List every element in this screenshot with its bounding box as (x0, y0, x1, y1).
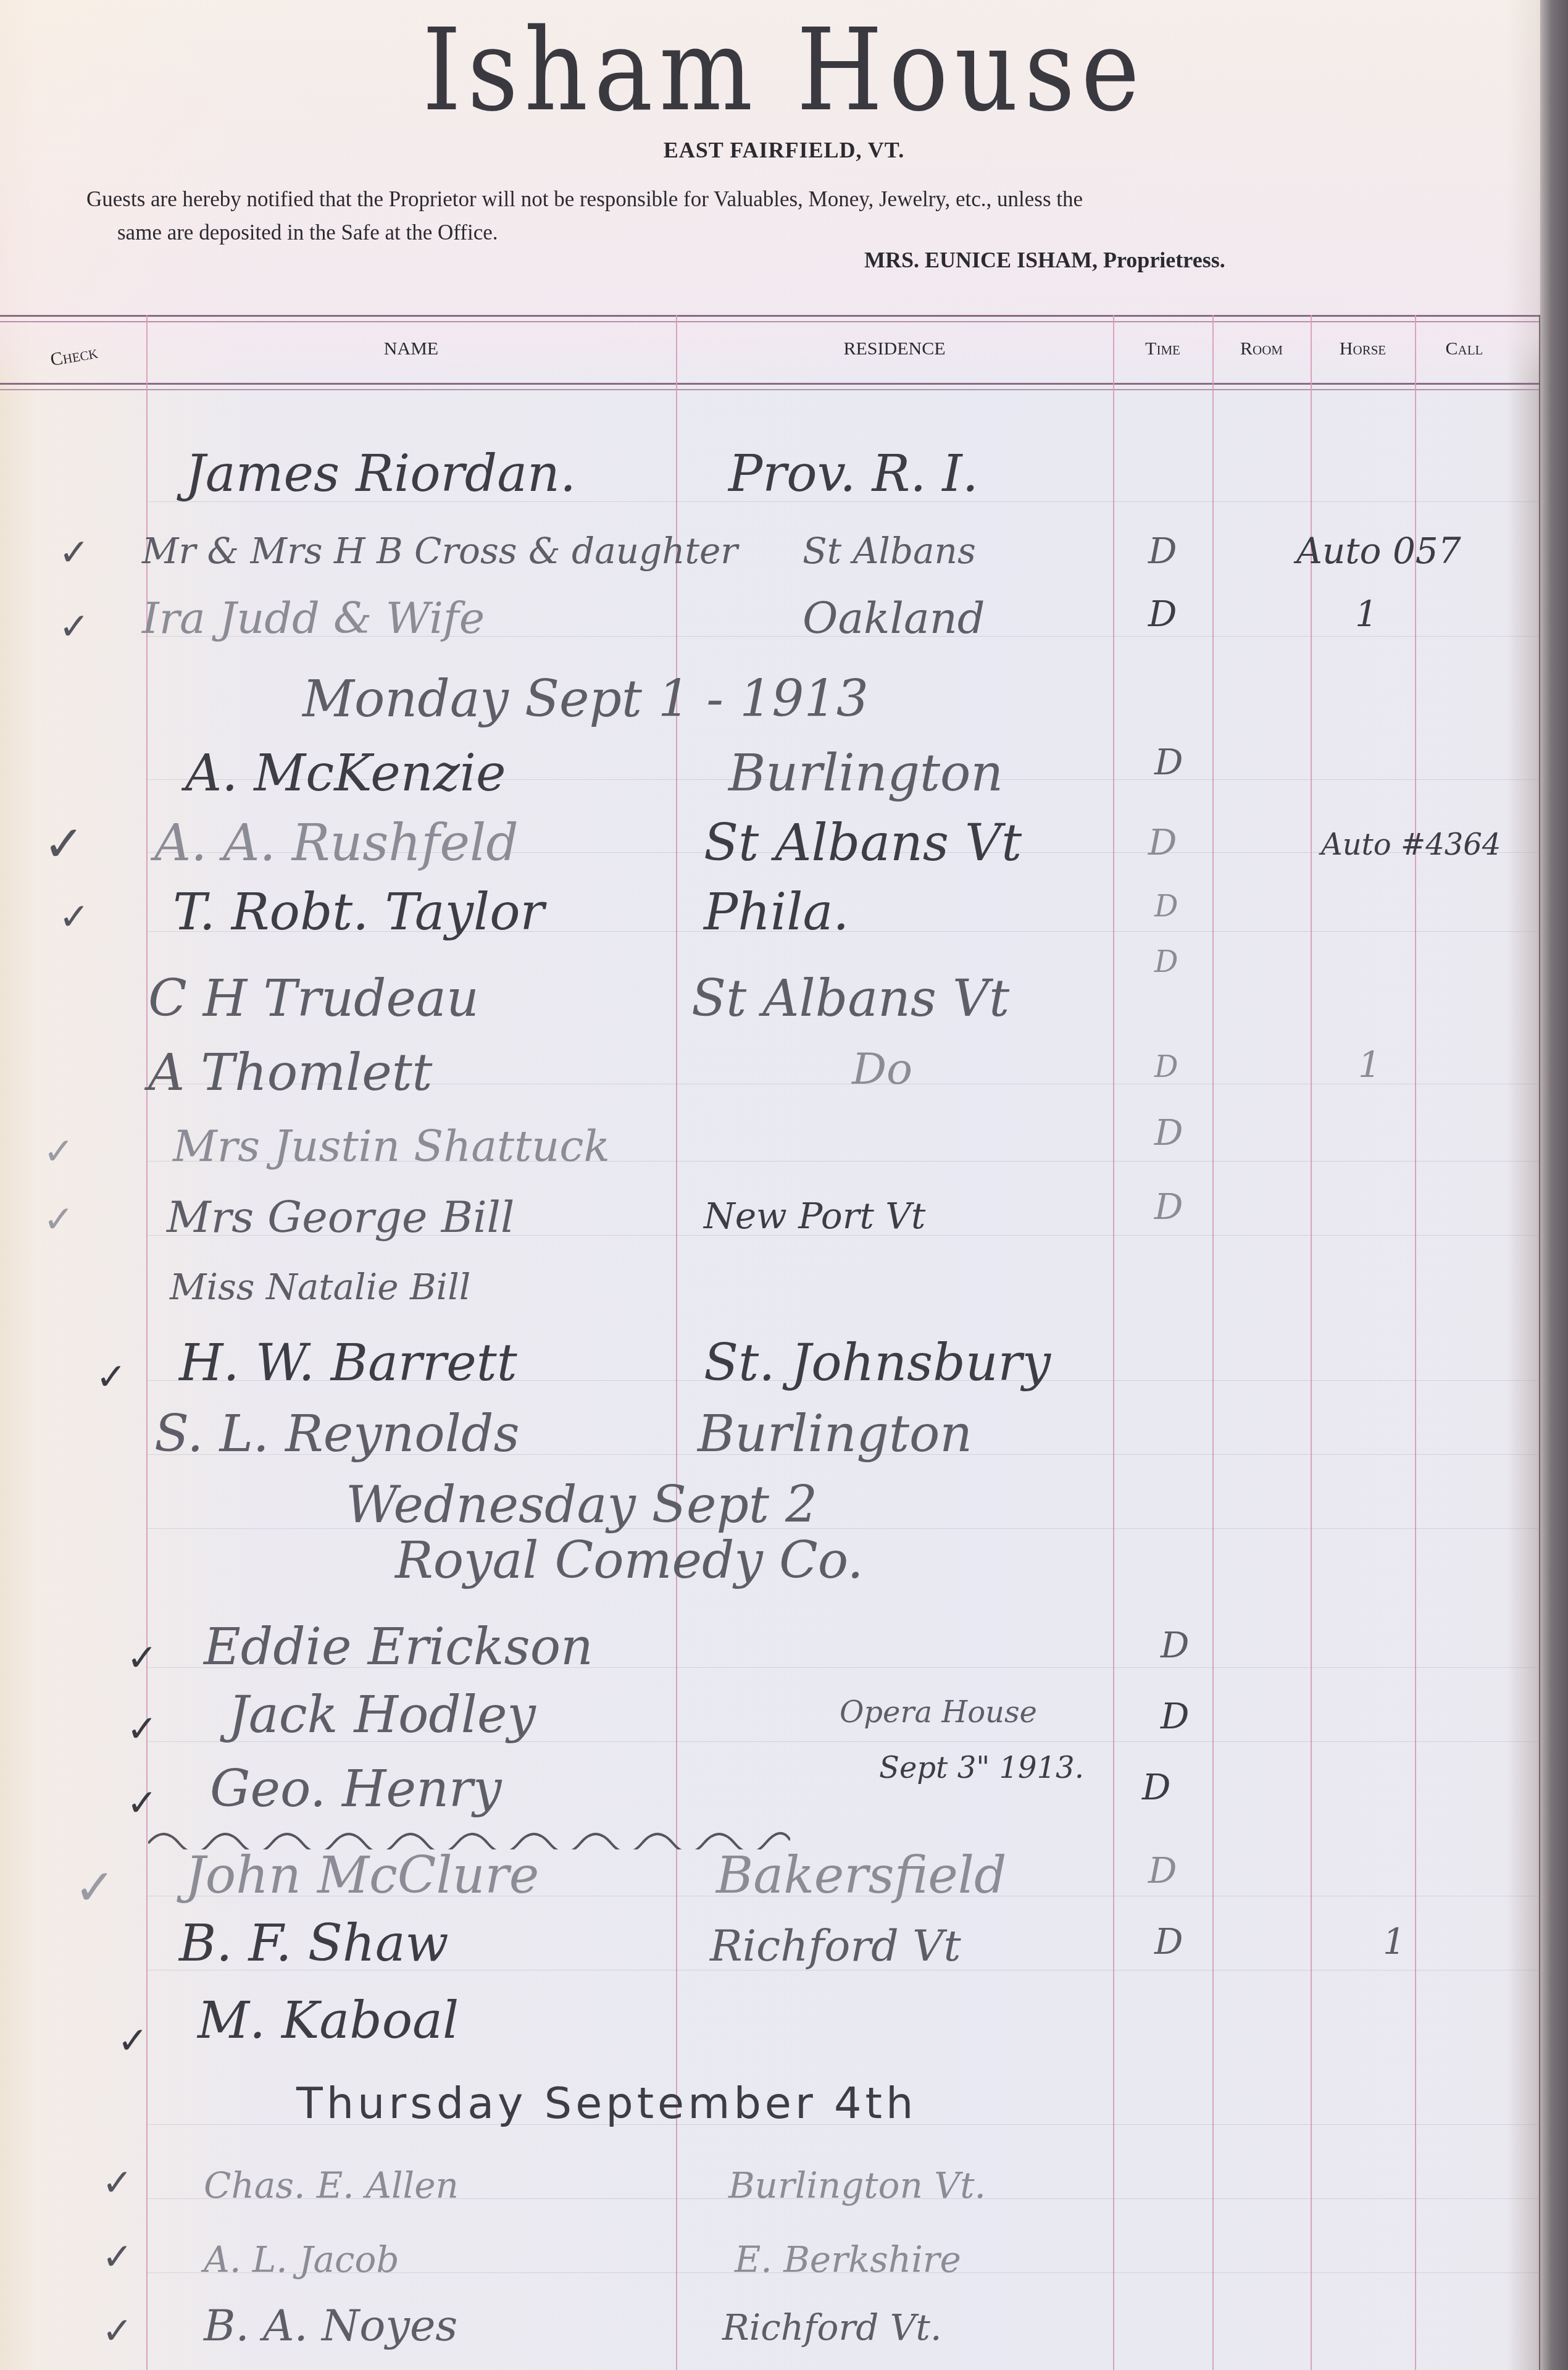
entry-residence: Phila. (704, 883, 849, 942)
entry-name: A. McKenzie (185, 744, 506, 803)
entry-name: M. Kaboal (198, 1991, 459, 2050)
check-mark: ✓ (59, 531, 90, 574)
header-rule-bottom (0, 383, 1540, 390)
check-mark: ✓ (127, 1707, 157, 1751)
check-mark: ✓ (117, 2019, 148, 2062)
entry-time: D (1161, 1624, 1190, 1666)
entry-name: H. W. Barrett (179, 1334, 517, 1392)
entry-residence: Opera House (840, 1695, 1037, 1730)
entry-horse: Auto #4364 (1321, 827, 1501, 862)
entry-residence: Richford Vt. (722, 2306, 941, 2348)
col-header-time: Time (1113, 338, 1212, 359)
date-heading: Wednesday Sept 2 (346, 1476, 817, 1535)
entry-residence: Burlington (698, 1405, 972, 1463)
check-mark: ✓ (102, 2235, 133, 2279)
book-binding (1540, 0, 1568, 2370)
entry-name: Mrs George Bill (167, 1192, 514, 1242)
entry-residence: Burlington (728, 744, 1003, 803)
col-header-residence: RESIDENCE (676, 338, 1113, 359)
check-mark: ✓ (43, 815, 85, 873)
entry-residence: St. Johnsbury (704, 1334, 1051, 1392)
entry-name: Jack Hodley (228, 1686, 536, 1744)
check-mark: ✓ (43, 1198, 74, 1241)
check-mark: ✓ (43, 1130, 74, 1173)
entry-name: B. F. Shaw (179, 1914, 449, 1973)
entry-horse: 1 (1355, 593, 1378, 635)
col-divider (676, 315, 677, 2370)
entry-time: D (1148, 593, 1177, 635)
header-rule-top (0, 315, 1540, 322)
check-mark: ✓ (127, 1636, 157, 1680)
entry-name: Mr & Mrs H B Cross & daughter (142, 530, 738, 572)
entry-name: B. A. Noyes (204, 2300, 457, 2351)
check-mark: ✓ (96, 1355, 127, 1399)
col-header-call: Call (1415, 338, 1514, 359)
check-mark: ✓ (102, 2309, 133, 2353)
entry-name: Mrs Justin Shattuck (173, 1121, 610, 1171)
entry-time: D (1148, 821, 1177, 863)
entry-time: D (1154, 889, 1178, 924)
entry-horse: Auto 057 (1296, 530, 1461, 572)
entry-name: A Thomlett (148, 1044, 433, 1102)
check-mark: ✓ (59, 895, 90, 939)
col-divider (1311, 315, 1312, 2370)
entry-horse: 1 (1383, 1920, 1406, 1962)
date-heading: Thursday September 4th (296, 2078, 917, 2129)
check-mark: ✓ (59, 605, 90, 648)
entry-residence: St Albans Vt (704, 814, 1022, 873)
entry-residence: Bakersfield (716, 1846, 1007, 1905)
entry-time: D (1148, 530, 1177, 572)
hotel-title: Isham House (0, 12, 1568, 128)
entry-residence: Oakland (803, 593, 985, 643)
col-header-name: NAME (146, 338, 676, 359)
entry-time: D (1154, 741, 1183, 783)
entry-name: Geo. Henry (210, 1760, 501, 1819)
col-divider (1415, 315, 1416, 2370)
entry-residence: New Port Vt (704, 1195, 925, 1237)
hotel-location: EAST FAIRFIELD, VT. (0, 137, 1568, 163)
col-divider (1113, 315, 1114, 2370)
entry-name: Eddie Erickson (204, 1618, 593, 1677)
entry-time: D (1161, 1695, 1190, 1737)
entry-time: D (1154, 1050, 1178, 1084)
entry-name: John McClure (185, 1846, 539, 1905)
date-heading: Monday Sept 1 - 1913 (302, 670, 869, 729)
safe-notice: Guests are hereby notified that the Prop… (86, 183, 1445, 249)
entry-residence: St Albans Vt (691, 969, 1009, 1028)
entry-residence: Do (852, 1044, 912, 1094)
col-divider (1212, 315, 1214, 2370)
proprietor: MRS. EUNICE ISHAM, Proprietress. (864, 247, 1225, 273)
col-header-room: Room (1212, 338, 1311, 359)
entry-horse: 1 (1358, 1044, 1381, 1086)
entry-time: D (1142, 1766, 1171, 1808)
entry-time: D (1154, 1112, 1183, 1154)
entry-name: Miss Natalie Bill (170, 1266, 470, 1308)
notice-line-2: same are deposited in the Safe at the Of… (86, 216, 1445, 249)
check-mark: ✓ (127, 1782, 157, 1825)
company-heading: Royal Comedy Co. (395, 1531, 864, 1590)
entry-residence: Burlington Vt. (728, 2164, 986, 2206)
entry-name: T. Robt. Taylor (173, 883, 544, 942)
entry-name: S. L. Reynolds (154, 1405, 520, 1463)
entry-name: James Riordan. (185, 445, 576, 503)
entry-time: D (1154, 1186, 1183, 1228)
entry-residence: Prov. R. I. (728, 445, 978, 503)
entry-name: Ira Judd & Wife (142, 593, 485, 643)
entry-time: D (1148, 1849, 1177, 1891)
entry-time: D (1154, 1920, 1183, 1962)
entry-name: C H Trudeau (148, 969, 479, 1028)
entry-name: A. L. Jacob (204, 2238, 399, 2280)
entry-residence: E. Berkshire (735, 2238, 961, 2280)
check-mark: ✓ (102, 2161, 133, 2205)
wavy-separator (148, 1825, 790, 1849)
notice-line-1: Guests are hereby notified that the Prop… (86, 183, 1445, 216)
entry-name: Chas. E. Allen (204, 2164, 459, 2206)
entry-residence: St Albans (803, 530, 976, 572)
check-mark: ✓ (74, 1859, 115, 1916)
entry-residence: Sept 3" 1913. (877, 1751, 1086, 1785)
entry-residence: Richford Vt (710, 1920, 961, 1971)
col-header-horse: Horse (1311, 338, 1415, 359)
entry-name: A. A. Rushfeld (154, 814, 519, 873)
entry-time: D (1154, 945, 1178, 979)
